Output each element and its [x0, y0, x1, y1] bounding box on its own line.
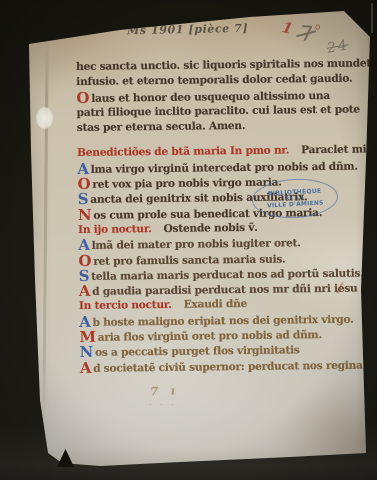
text-line: Ad societatẽ civiũ supernor: perducat no… [80, 357, 374, 376]
rubric-text: In tercio noctur. [79, 299, 172, 312]
faint-quire-mark-small: . . . [149, 399, 177, 407]
rubric-text: Benedictiões de btã maria In pmo nr. [77, 145, 289, 160]
gutter-crease [42, 42, 48, 422]
line-text: ret pro famulis sancta maria suis. [93, 253, 285, 267]
repair-patch [36, 107, 53, 129]
manuscript-photo: Ms 1901 [pièce 7] 1 7o 24 hec sancta unc… [0, 0, 377, 480]
line-text: d societatẽ civiũ supernor: perducat nos… [93, 359, 377, 375]
rubric-suffix: Exaudi dñe [184, 298, 248, 311]
line-text: aria flos virginũ oret pro nobis ad dñm. [98, 329, 322, 344]
line-text: ret vox pia pro nobis virgo maria. [92, 177, 282, 191]
line-text: patri filioque inclito paraclito. cui la… [77, 103, 360, 118]
photo-edge-artifact [371, 3, 373, 33]
line-text: lma virgo virginũ intercedat pro nobis a… [91, 160, 358, 175]
rubric-text: In ijo noctur. [78, 223, 152, 236]
red-initial: O [76, 90, 89, 105]
red-folio-mark: 1 [280, 20, 294, 37]
line-text: os a peccatis purget flos virginitatis [95, 345, 300, 359]
red-initial: N [78, 207, 92, 222]
pencil-number-mark: 7o [299, 23, 319, 45]
line-text: laus et honor deo usquequo altissimo una [91, 89, 330, 104]
text-block: hec sancta unctio. sic liquoris spirital… [76, 56, 374, 376]
line-text: lmã dei mater pro nobis iugiter oret. [92, 238, 301, 253]
red-initial: A [80, 360, 92, 375]
stamp-line-3: VILLE D'AMIENS [267, 200, 324, 210]
line-text: hec sancta unctio. sic liquoris spirital… [76, 57, 371, 73]
line-text: stas per eterna secula. Amen. [77, 120, 246, 134]
shelfmark-annotation: Ms 1901 [pièce 7] [127, 23, 249, 37]
parchment-page: Ms 1901 [pièce 7] 1 7o 24 hec sancta unc… [0, 0, 377, 480]
text-line: stas per eterna secula. Amen. [77, 118, 371, 137]
rubric-suffix: Ostende nobis ṽ. [164, 222, 258, 235]
crossed-pencil-scribble: 24 [326, 38, 350, 56]
line-text: infusio. et eterno temporalis dolor ceda… [76, 73, 352, 88]
line-text: d gaudia paradisi perducat nos mr dñi nr… [92, 282, 377, 298]
red-initial: A [79, 284, 91, 299]
faint-quire-mark: 7 ı [150, 384, 180, 398]
rubric-suffix: Paraclet mias [301, 144, 377, 157]
